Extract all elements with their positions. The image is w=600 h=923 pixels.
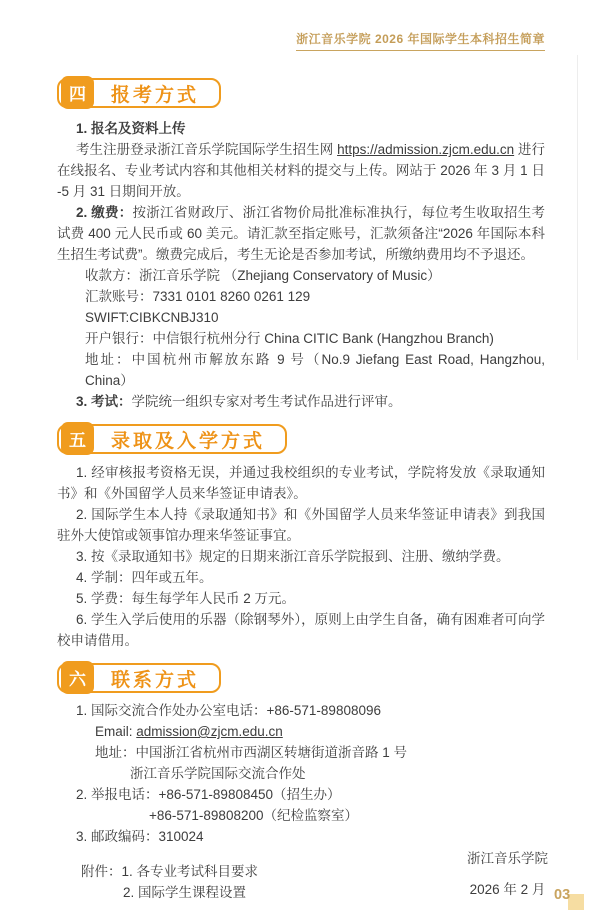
- contact-address-line2: 浙江音乐学院国际交流合作处: [57, 763, 545, 784]
- attachment-item: 1. 各专业考试科目要求: [122, 864, 259, 879]
- contact-address-line: 地址：中国浙江省杭州市西湖区转塘街道浙音路 1 号: [57, 742, 545, 763]
- bank-address-line: 地址：中国杭州市解放东路 9 号（No.9 Jiefang East Road,…: [57, 349, 545, 391]
- paragraph-exam: 3. 考试：学院统一组织专家对考生考试作品进行评审。: [57, 391, 545, 412]
- account-line: 汇款账号：7331 0101 8260 0261 129: [57, 286, 545, 307]
- report-phone-line2: +86-571-89808200（纪检监察室）: [57, 805, 545, 826]
- paragraph-registration: 考生注册登录浙江音乐学院国际学生招生网 https://admission.zj…: [57, 139, 545, 202]
- admission-item: 2. 国际学生本人持《录取通知书》和《外国留学人员来华签证申请表》到我国驻外大使…: [57, 504, 545, 546]
- section-title: 录取及入学方式: [111, 426, 265, 453]
- section-number-badge: 六: [61, 661, 94, 694]
- email-link[interactable]: admission@zjcm.edu.cn: [136, 724, 283, 739]
- text-run: 考生注册登录浙江音乐学院国际学生招生网: [76, 142, 337, 157]
- admission-item: 4. 学制：四年或五年。: [57, 567, 545, 588]
- page-number-square: [568, 894, 584, 910]
- item-title-registration: 1. 报名及资料上传: [57, 118, 545, 139]
- paragraph-payment: 2. 缴费：按浙江省财政厅、浙江省物价局批准标准执行，每位考生收取招生考试费 4…: [57, 202, 545, 265]
- section-header-contact: 联系方式 六: [57, 661, 545, 695]
- signature-block: 浙江音乐学院 2026 年 2 月: [467, 843, 548, 905]
- page-header-title: 浙江音乐学院 2026 年国际学生本科招生简章: [296, 30, 545, 51]
- page-edge-line: [577, 55, 578, 360]
- section-header-application: 报考方式 四: [57, 76, 545, 110]
- text-run: 学院统一组织专家对考生考试作品进行评审。: [132, 394, 402, 409]
- contact-email-line: Email: admission@zjcm.edu.cn: [57, 721, 545, 742]
- page-number-block: 03: [554, 886, 586, 912]
- report-phone-line: 2. 举报电话：+86-571-89808450（招生办）: [57, 784, 545, 805]
- email-label: Email:: [95, 724, 136, 739]
- document-page: 浙江音乐学院 2026 年国际学生本科招生简章 报考方式 四 1. 报名及资料上…: [0, 0, 600, 923]
- page-content: 报考方式 四 1. 报名及资料上传 考生注册登录浙江音乐学院国际学生招生网 ht…: [57, 76, 545, 903]
- admission-item: 1. 经审核报考资格无误，并通过我校组织的专业考试，学院将发放《录取通知书》和《…: [57, 462, 545, 504]
- section-number-badge: 四: [61, 76, 94, 109]
- section-number-badge: 五: [61, 422, 94, 455]
- contact-phone-line: 1. 国际交流合作处办公室电话：+86-571-89808096: [57, 700, 545, 721]
- swift-line: SWIFT:CIBKCNBJ310: [57, 307, 545, 328]
- admission-item: 5. 学费：每生每学年人民币 2 万元。: [57, 588, 545, 609]
- page-number: 03: [554, 887, 570, 903]
- section-header-admission: 录取及入学方式 五: [57, 422, 545, 456]
- payment-label: 2. 缴费：: [76, 205, 133, 220]
- attachments-label: 附件：: [81, 864, 122, 879]
- exam-label: 3. 考试：: [76, 394, 132, 409]
- section-title: 联系方式: [111, 665, 199, 692]
- payee-line: 收款方：浙江音乐学院 （Zhejiang Conservatory of Mus…: [57, 265, 545, 286]
- section-title: 报考方式: [111, 80, 199, 107]
- admission-site-link[interactable]: https://admission.zjcm.edu.cn: [337, 142, 514, 157]
- admission-item: 6. 学生入学后使用的乐器（除钢琴外），原则上由学生自备，确有困难者可向学校申请…: [57, 609, 545, 651]
- bank-line: 开户银行：中信银行杭州分行 China CITIC Bank (Hangzhou…: [57, 328, 545, 349]
- admission-item: 3. 按《录取通知书》规定的日期来浙江音乐学院报到、注册、缴纳学费。: [57, 546, 545, 567]
- signature-org: 浙江音乐学院: [467, 843, 548, 874]
- signature-date: 2026 年 2 月: [467, 874, 548, 905]
